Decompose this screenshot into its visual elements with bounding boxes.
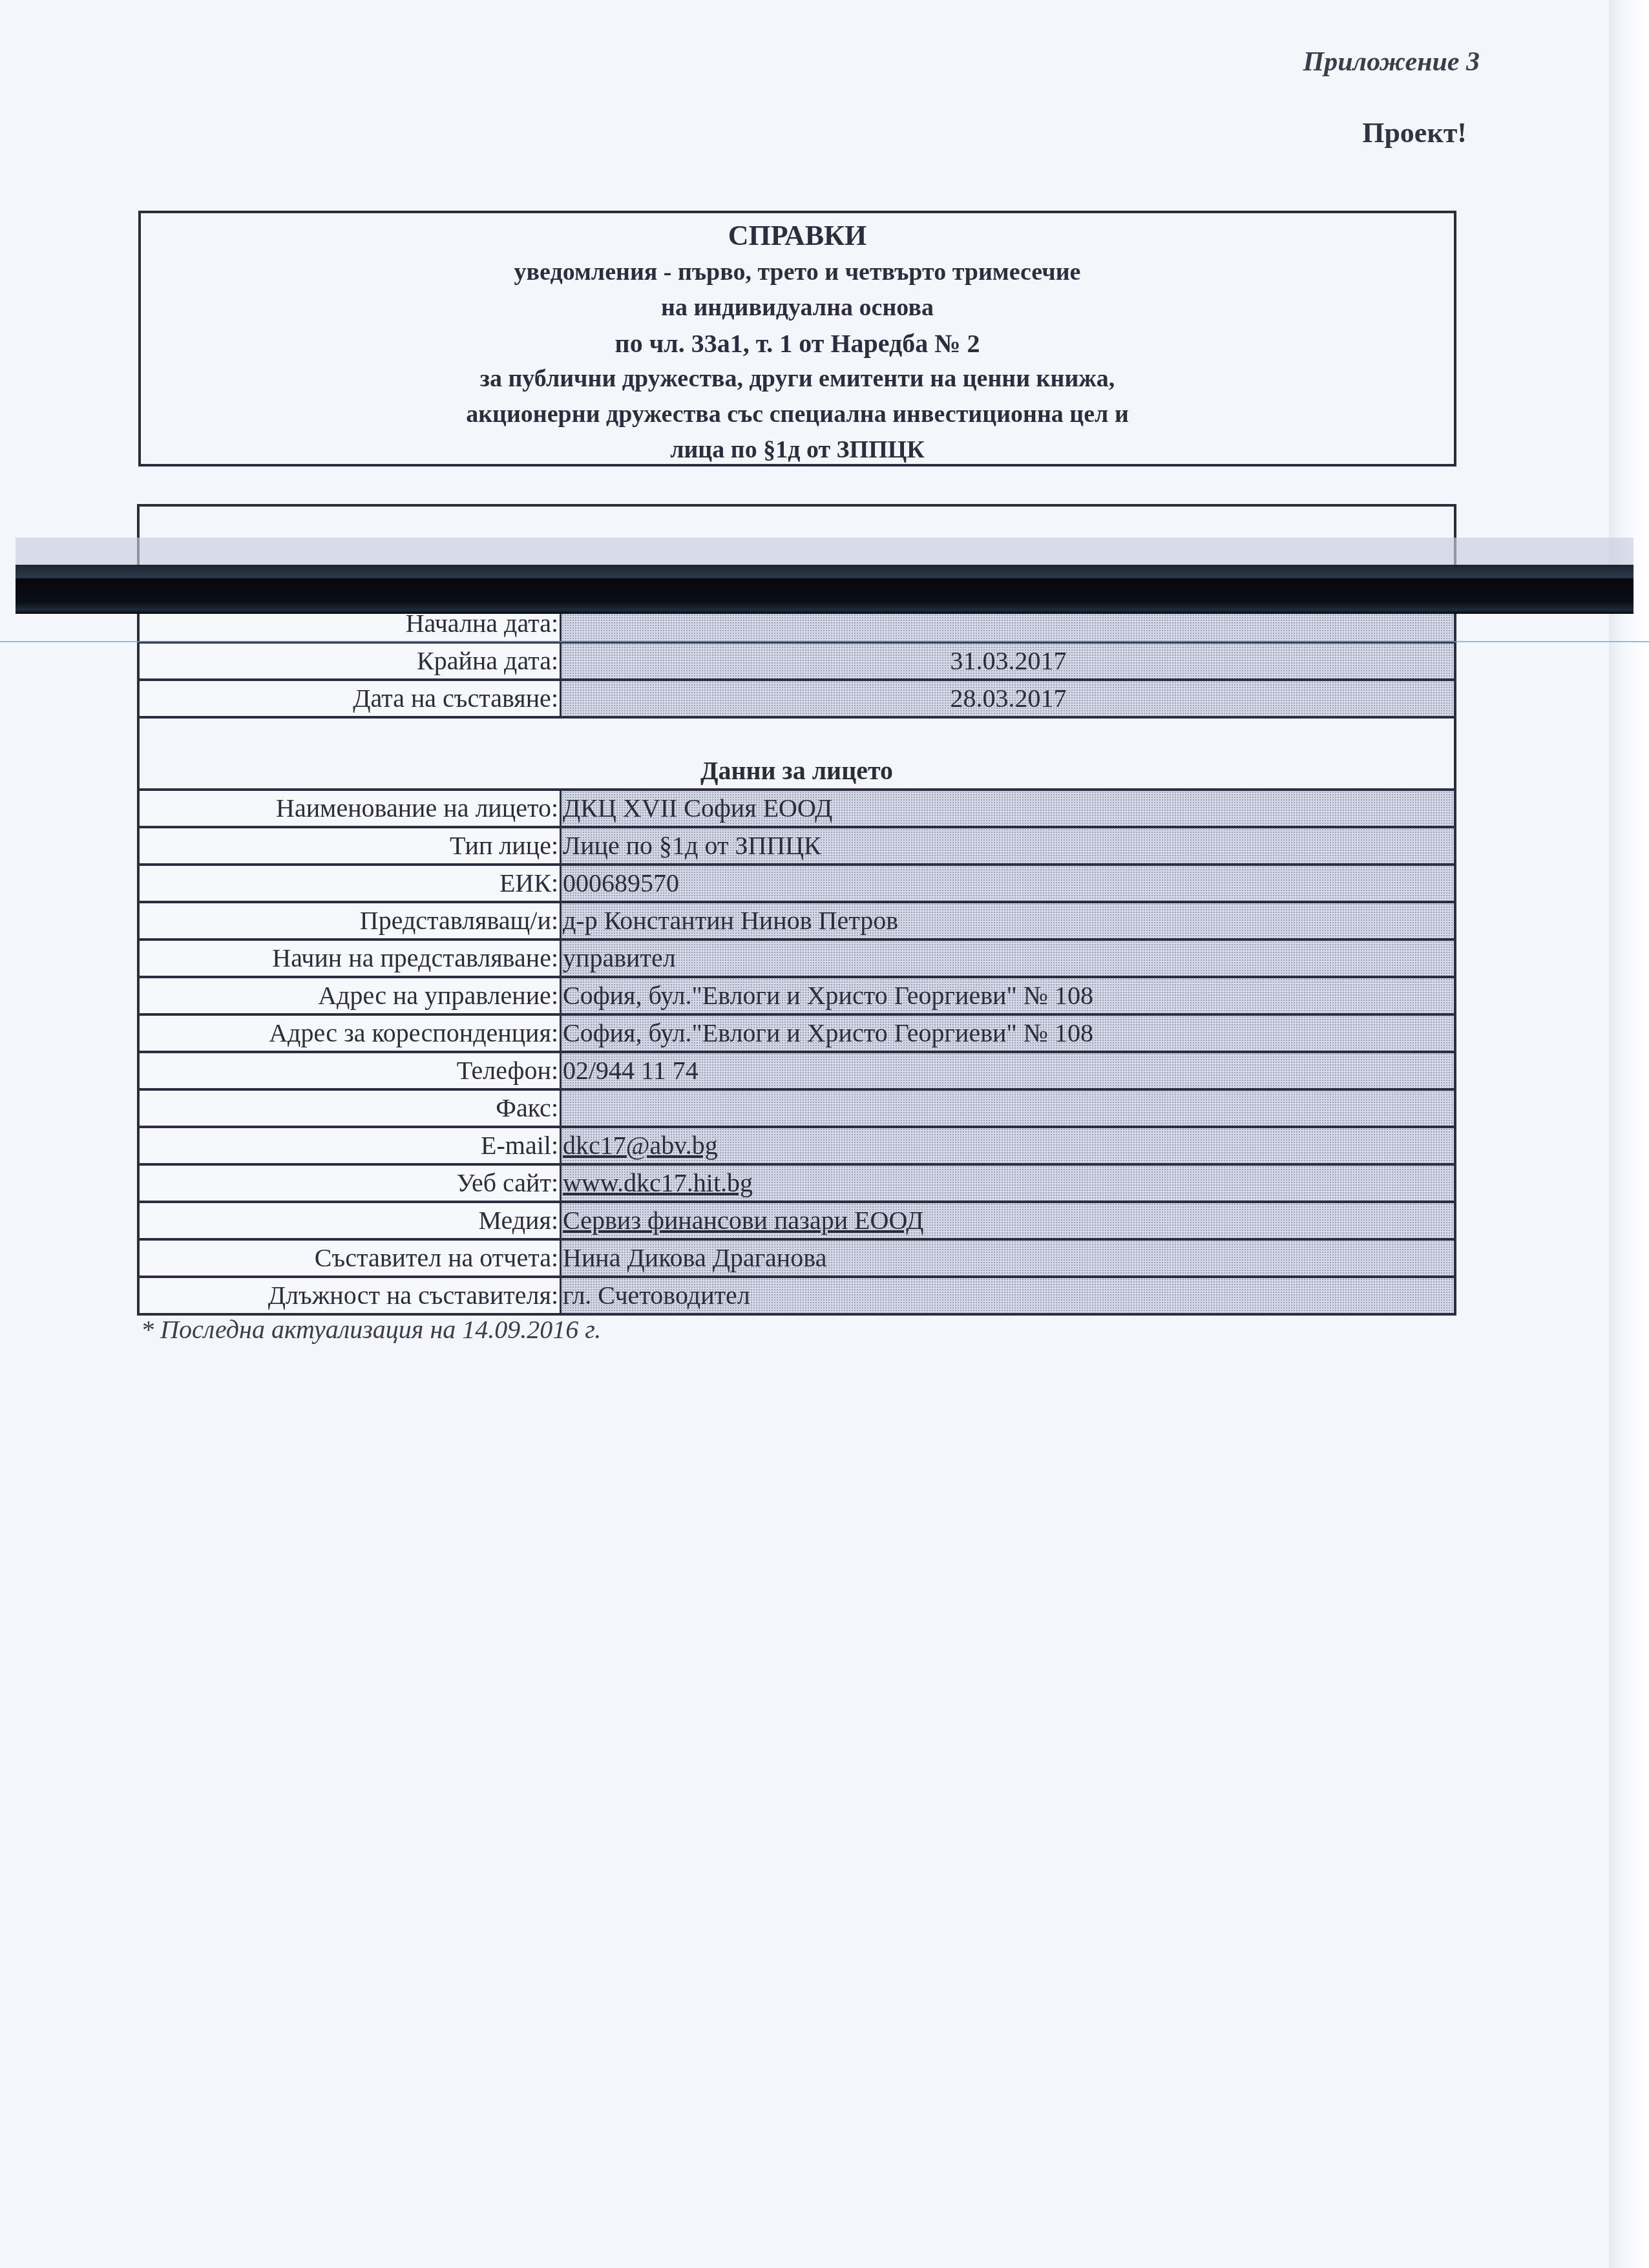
title-line: уведомления - първо, трето и четвърто тр… [141,255,1454,290]
field-label: ЕИК: [140,866,562,901]
field-value: dkc17@abv.bg [562,1128,1454,1163]
field-value: София, бул."Евлоги и Христо Георгиеви" №… [562,1016,1454,1051]
media-link[interactable]: Сервиз финансови пазари ЕООД [563,1206,924,1235]
field-label: Начин на представляване: [140,941,562,976]
table-row-end-date: Крайна дата: 31.03.2017 [140,644,1454,681]
field-label: Представляващ/и: [140,903,562,938]
website-link[interactable]: www.dkc17.hit.bg [563,1168,753,1197]
person-section-heading: Данни за лицето [140,719,1454,791]
table-row-website: Уеб сайт: www.dkc17.hit.bg [140,1166,1454,1203]
table-row-management-address: Адрес на управление: София, бул."Евлоги … [140,978,1454,1016]
field-value [562,606,1454,641]
table-row-representative: Представляващ/и: д-р Константин Нинов Пе… [140,903,1454,941]
table-row-report-author: Съставител на отчета: Нина Дикова Драган… [140,1241,1454,1278]
period-heading-text: Данни за отчетния период [140,571,1454,601]
table-row-phone: Телефон: 02/944 11 74 [140,1053,1454,1091]
field-label: Наименование на лицето: [140,791,562,826]
field-label: Съставител на отчета: [140,1241,562,1276]
table-row-email: E-mail: dkc17@abv.bg [140,1128,1454,1166]
field-value: Нина Дикова Драганова [562,1241,1454,1276]
person-heading-text: Данни за лицето [140,755,1454,786]
title-line: на индивидуална основа [141,290,1454,326]
field-value: София, бул."Евлоги и Христо Георгиеви" №… [562,978,1454,1013]
table-row-compile-date: Дата на съставяне: 28.03.2017 [140,681,1454,719]
email-link[interactable]: dkc17@abv.bg [563,1131,718,1160]
field-value: 000689570 [562,866,1454,901]
report-data-table: Данни за отчетния период Начална дата: К… [137,504,1456,1316]
field-label: Крайна дата: [140,644,562,678]
scan-artifact-line [0,641,1649,642]
field-value: ДКЦ XVII София ЕООД [562,791,1454,826]
table-row-start-date: Начална дата: [140,606,1454,644]
table-row-author-position: Длъжност на съставителя: гл. Счетоводите… [140,1278,1454,1316]
title-line: лица по §1д от ЗППЦК [141,432,1454,468]
field-value [562,1091,1454,1126]
title-line: по чл. 33а1, т. 1 от Наредба № 2 [141,326,1454,361]
field-label: Факс: [140,1091,562,1126]
field-label: Начална дата: [140,606,562,641]
field-label: Уеб сайт: [140,1166,562,1201]
field-value: Лице по §1д от ЗППЦК [562,828,1454,863]
field-label: E-mail: [140,1128,562,1163]
title-line: акционерни дружества със специална инвес… [141,397,1454,432]
table-row-fax: Факс: [140,1091,1454,1128]
field-value: гл. Счетоводител [562,1278,1454,1313]
field-value: д-р Константин Нинов Петров [562,903,1454,938]
last-update-footnote: * Последна актуализация на 14.09.2016 г. [141,1314,601,1345]
draft-mark: Проект! [1362,116,1467,149]
table-row-entity-name: Наименование на лицето: ДКЦ XVII София Е… [140,791,1454,828]
document-title: СПРАВКИ [141,217,1454,255]
table-row-representation-mode: Начин на представляване: управител [140,941,1454,978]
field-label: Длъжност на съставителя: [140,1278,562,1313]
field-label: Тип лице: [140,828,562,863]
document-title-box: СПРАВКИ уведомления - първо, трето и чет… [138,211,1456,467]
period-section-heading: Данни за отчетния период [140,507,1454,606]
field-label: Телефон: [140,1053,562,1088]
field-value: www.dkc17.hit.bg [562,1166,1454,1201]
field-value: Сервиз финансови пазари ЕООД [562,1203,1454,1238]
table-row-eik: ЕИК: 000689570 [140,866,1454,903]
field-label: Адрес на управление: [140,978,562,1013]
table-row-entity-type: Тип лице: Лице по §1д от ЗППЦК [140,828,1454,866]
field-label: Адрес за кореспонденция: [140,1016,562,1051]
field-value: 31.03.2017 [562,644,1454,678]
table-row-correspondence-address: Адрес за кореспонденция: София, бул."Евл… [140,1016,1454,1053]
field-value: управител [562,941,1454,976]
field-value: 28.03.2017 [562,681,1454,716]
title-line: за публични дружества, други емитенти на… [141,361,1454,397]
field-value: 02/944 11 74 [562,1053,1454,1088]
scan-page-edge [1609,0,1649,2268]
table-row-media: Медия: Сервиз финансови пазари ЕООД [140,1203,1454,1241]
field-label: Медия: [140,1203,562,1238]
field-label: Дата на съставяне: [140,681,562,716]
appendix-label: Приложение 3 [1303,47,1480,78]
